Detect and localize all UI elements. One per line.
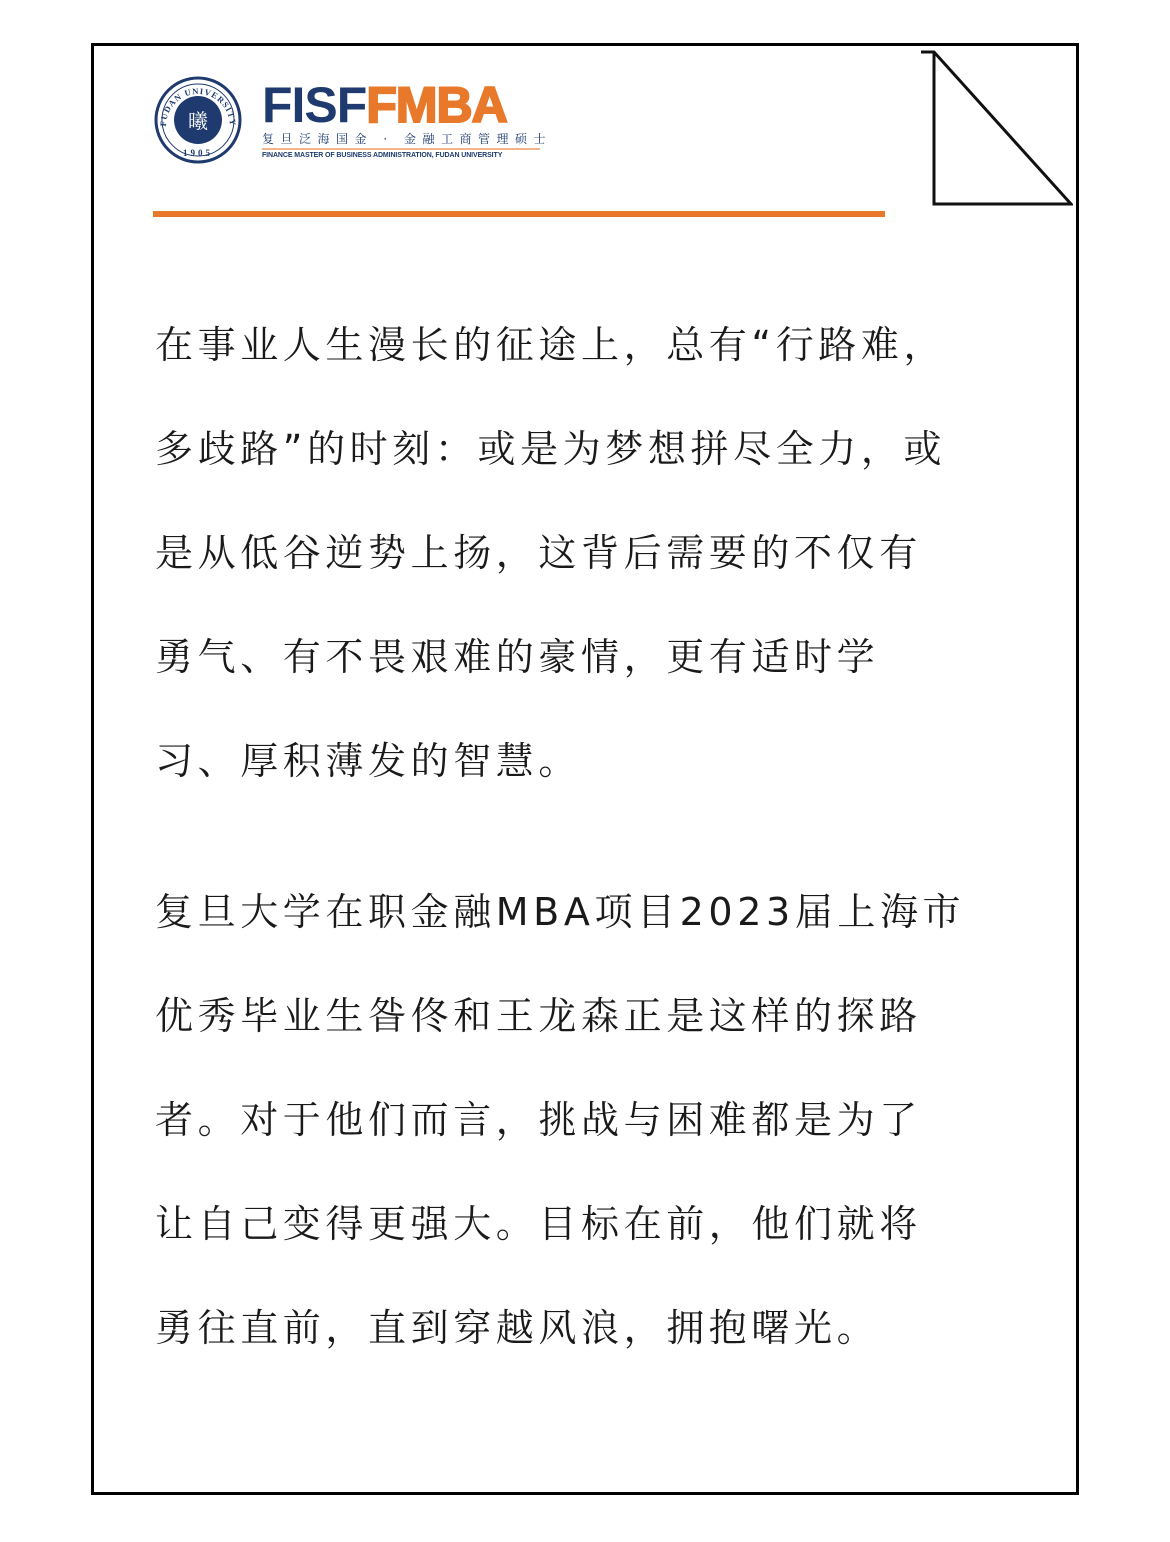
svg-text:1905: 1905 — [183, 148, 213, 158]
paragraph-line: 让自己变得更强大。目标在前，他们就将 — [155, 1172, 1025, 1276]
fudan-university-seal-icon: FUDAN UNIVERSITY 1905 曦 — [154, 76, 242, 164]
brand-wordmark-fmba: FMBA — [366, 77, 506, 133]
brand-english-name: FINANCE MASTER OF BUSINESS ADMINISTRATIO… — [262, 152, 544, 159]
paragraph-line: 是从低谷逆势上扬，这背后需要的不仅有 — [155, 501, 1025, 605]
brand-divider — [262, 148, 540, 150]
paragraph-line: 在事业人生漫长的征途上，总有“行路难， — [155, 293, 1025, 397]
paragraph-graduates: 复旦大学在职金融MBA项目2023届上海市 优秀毕业生昝佟和王龙森正是这样的探路… — [155, 860, 1025, 1380]
paragraph-line: 多歧路”的时刻：或是为梦想拼尽全力，或 — [155, 397, 1025, 501]
fisf-fmba-brand-logo: FISFFMBA 复旦泛海国金 · 金融工商管理硕士 FINANCE MASTE… — [262, 80, 544, 162]
paragraph-line: 复旦大学在职金融MBA项目2023届上海市 — [155, 860, 1025, 964]
paragraph-intro: 在事业人生漫长的征途上，总有“行路难， 多歧路”的时刻：或是为梦想拼尽全力，或 … — [155, 293, 1025, 813]
brand-wordmark-fisf: FISF — [262, 77, 366, 133]
page-fold-triangle-icon — [921, 50, 1073, 210]
header-orange-rule — [153, 211, 885, 217]
brand-chinese-name: 复旦泛海国金 · 金融工商管理硕士 — [262, 132, 544, 146]
paragraph-line: 优秀毕业生昝佟和王龙森正是这样的探路 — [155, 964, 1025, 1068]
brand-wordmark: FISFFMBA — [262, 80, 544, 130]
paragraph-line: 者。对于他们而言，挑战与困难都是为了 — [155, 1068, 1025, 1172]
paragraph-line: 勇往直前，直到穿越风浪，拥抱曙光。 — [155, 1276, 1025, 1380]
paragraph-line: 勇气、有不畏艰难的豪情，更有适时学 — [155, 605, 1025, 709]
paragraph-line: 习、厚积薄发的智慧。 — [155, 709, 1025, 813]
svg-text:曦: 曦 — [188, 109, 208, 133]
